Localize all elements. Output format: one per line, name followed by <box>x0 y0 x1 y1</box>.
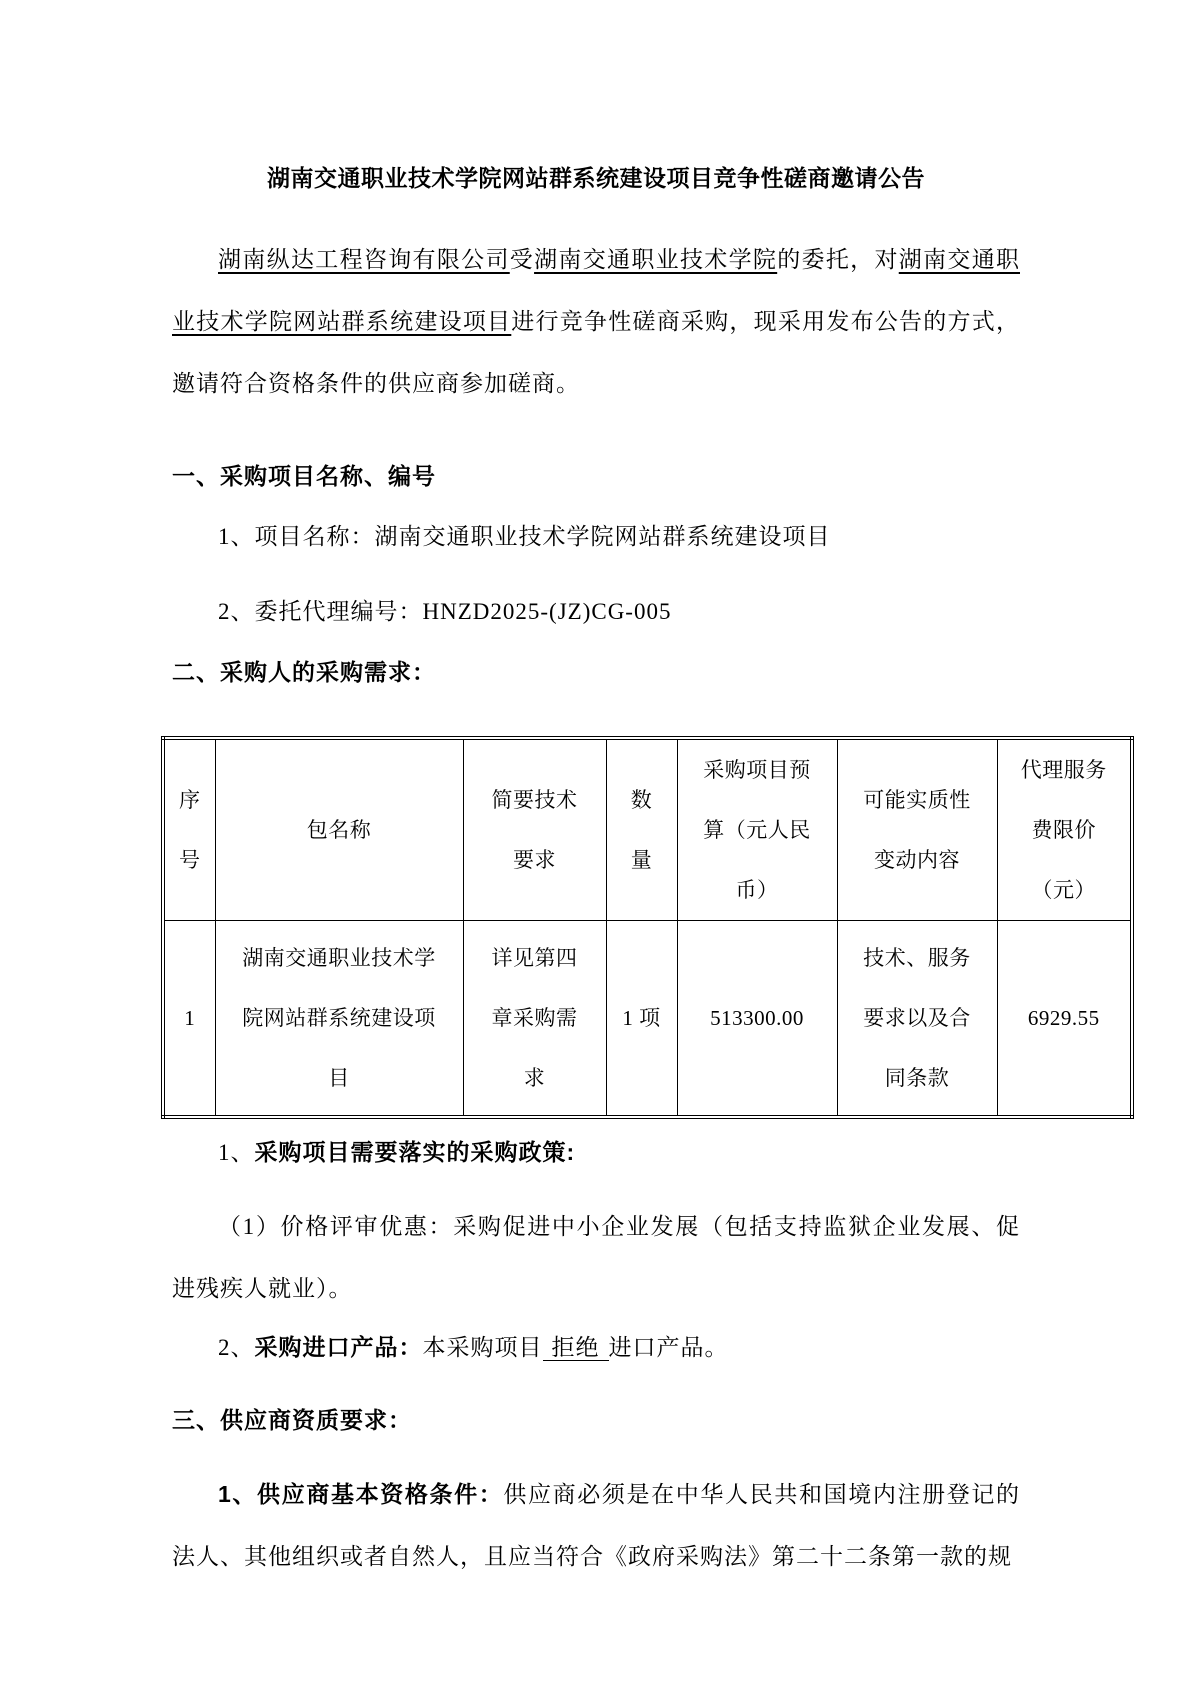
import-number: 2、 <box>218 1335 255 1360</box>
import-pre-text: 本采购项目 <box>423 1335 543 1360</box>
header-seq: 序号 <box>163 738 215 921</box>
project-name-item: 1、项目名称：湖南交通职业技术学院网站群系统建设项目 <box>172 520 1020 554</box>
cell-package-name: 湖南交通职业技术学院网站群系统建设项目 <box>215 921 463 1117</box>
intro-paragraph: 湖南纵达工程咨询有限公司受湖南交通职业技术学院的委托，对湖南交通职业技术学院网站… <box>172 229 1020 415</box>
policy-heading-line: 1、采购项目需要落实的采购政策: <box>172 1135 1020 1170</box>
import-product-line: 2、采购进口产品：本采购项目拒绝进口产品。 <box>172 1330 1020 1365</box>
supplier-qualification-paragraph: 1、供应商基本资格条件：供应商必须是在中华人民共和国境内注册登记的法人、其他组织… <box>172 1463 1020 1588</box>
text-run: 受 <box>510 247 534 272</box>
text-run: 的委托，对 <box>777 247 899 272</box>
header-quantity: 数量 <box>606 738 677 921</box>
policy-item-price-review: （1）价格评审优惠：采购促进中小企业发展（包括支持监狱企业发展、促进残疾人就业）… <box>172 1196 1020 1320</box>
document-page: 湖南交通职业技术学院网站群系统建设项目竞争性磋商邀请公告 湖南纵达工程咨询有限公… <box>0 0 1191 1684</box>
header-substantive-change: 可能实质性变动内容 <box>837 738 997 921</box>
procurement-requirements-table: 序号 包名称 简要技术要求 数量 采购项目预算（元人民币） 可能实质性变动内容 … <box>161 736 1134 1119</box>
cell-substantive-change: 技术、服务要求以及合同条款 <box>837 921 997 1117</box>
document-title: 湖南交通职业技术学院网站群系统建设项目竞争性磋商邀请公告 <box>172 160 1020 196</box>
policy-number: 1、 <box>218 1140 255 1165</box>
cell-agency-fee-cap: 6929.55 <box>997 921 1132 1117</box>
supplier-bold-text: 1、供应商基本资格条件： <box>218 1481 503 1507</box>
section-two-heading: 二、采购人的采购需求： <box>172 655 1020 689</box>
cell-tech-requirement: 详见第四章采购需求 <box>463 921 606 1117</box>
cell-seq: 1 <box>163 921 215 1117</box>
header-budget: 采购项目预算（元人民币） <box>677 738 837 921</box>
agency-code-item: 2、委托代理编号：HNZD2025-(JZ)CG-005 <box>172 595 1020 629</box>
header-package-name: 包名称 <box>215 738 463 921</box>
section-one-heading: 一、采购项目名称、编号 <box>172 459 1020 493</box>
policy-bold-text: 采购项目需要落实的采购政策: <box>255 1139 576 1165</box>
cell-quantity: 1 项 <box>606 921 677 1117</box>
table-row: 1 湖南交通职业技术学院网站群系统建设项目 详见第四章采购需求 1 项 5133… <box>163 921 1132 1117</box>
header-tech-requirement: 简要技术要求 <box>463 738 606 921</box>
cell-budget: 513300.00 <box>677 921 837 1117</box>
header-agency-fee-cap: 代理服务费限价（元） <box>997 738 1132 921</box>
import-refuse-underlined: 拒绝 <box>543 1335 609 1361</box>
import-post-text: 进口产品。 <box>609 1335 729 1360</box>
section-three-heading: 三、供应商资质要求： <box>172 1403 1020 1437</box>
agency-company-underlined: 湖南纵达工程咨询有限公司 <box>218 247 510 272</box>
import-bold-text: 采购进口产品： <box>255 1334 423 1360</box>
purchaser-underlined: 湖南交通职业技术学院 <box>534 247 777 272</box>
table-header-row: 序号 包名称 简要技术要求 数量 采购项目预算（元人民币） 可能实质性变动内容 … <box>163 738 1132 921</box>
